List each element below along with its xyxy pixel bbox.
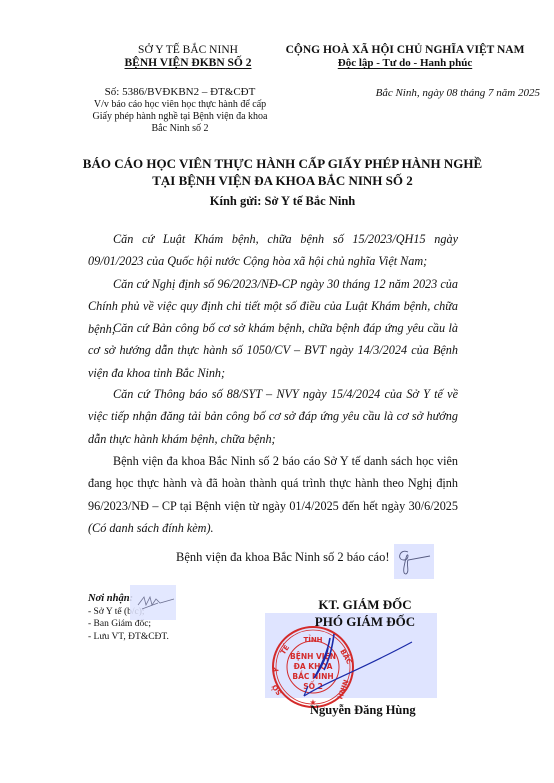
document-title: BÁO CÁO HỌC VIÊN THỰC HÀNH CẤP GIẤY PHÉP… [60, 155, 505, 189]
handwritten-signature-icon [300, 630, 420, 700]
title-line-1: BÁO CÁO HỌC VIÊN THỰC HÀNH CẤP GIẤY PHÉP… [60, 155, 505, 172]
recipient-item: - Lưu VT, ĐT&CĐT. [88, 631, 238, 644]
issuing-agency-header: SỞ Y TẾ BẮC NINH BỆNH VIỆN ĐKBN SỐ 2 [88, 44, 288, 70]
subject-line-3: Bắc Ninh số 2 [80, 123, 280, 135]
attachment-note: (Có danh sách đính kèm). [88, 521, 214, 535]
report-paragraph: Bệnh viện đa khoa Bắc Ninh số 2 báo cáo … [88, 450, 458, 540]
svg-text:Y: Y [272, 666, 281, 674]
national-motto: Độc lập - Tư do - Hanh phúc [270, 57, 540, 70]
initials-signature-icon [394, 544, 434, 579]
initials-signature-icon [130, 585, 176, 620]
subject-line-2: Giấy phép hành nghề tại Bệnh viện đa kho… [80, 111, 280, 123]
legal-basis-3: Căn cứ Bản công bố cơ sở khám bệnh, chữa… [88, 317, 458, 384]
organization-name: BỆNH VIỆN ĐKBN SỐ 2 [88, 57, 288, 70]
issue-date: Bắc Ninh, ngày 08 tháng 7 năm 2025 [330, 87, 540, 99]
closing-statement: Bệnh viện đa khoa Bắc Ninh số 2 báo cáo! [176, 550, 389, 565]
national-header: CỘNG HOÀ XÃ HỘI CHỦ NGHĨA VIỆT NAM Độc l… [270, 44, 540, 70]
signatory-authority: KT. GIÁM ĐỐC [275, 596, 455, 613]
document-number: Số: 5386/BVĐKBN2 – ĐT&CĐT [80, 86, 280, 98]
legal-basis-4: Căn cứ Thông báo số 88/SYT – NVY ngày 15… [88, 383, 458, 450]
title-line-2: TẠI BỆNH VIỆN ĐA KHOA BẮC NINH SỐ 2 [60, 172, 505, 189]
signatory-name: Nguyễn Đăng Hùng [310, 703, 416, 718]
ministry-name: SỞ Y TẾ BẮC NINH [88, 44, 288, 57]
subject-line-1: V/v báo cáo học viên học thực hành để cấ… [80, 99, 280, 111]
svg-text:SỞ: SỞ [269, 683, 284, 698]
addressee: Kính gửi: Sở Y tế Bắc Ninh [60, 194, 505, 209]
national-title: CỘNG HOÀ XÃ HỘI CHỦ NGHĨA VIỆT NAM [270, 44, 540, 57]
legal-basis-1: Căn cứ Luật Khám bệnh, chữa bệnh số 15/2… [88, 228, 458, 273]
document-reference: Số: 5386/BVĐKBN2 – ĐT&CĐT V/v báo cáo họ… [80, 86, 280, 135]
